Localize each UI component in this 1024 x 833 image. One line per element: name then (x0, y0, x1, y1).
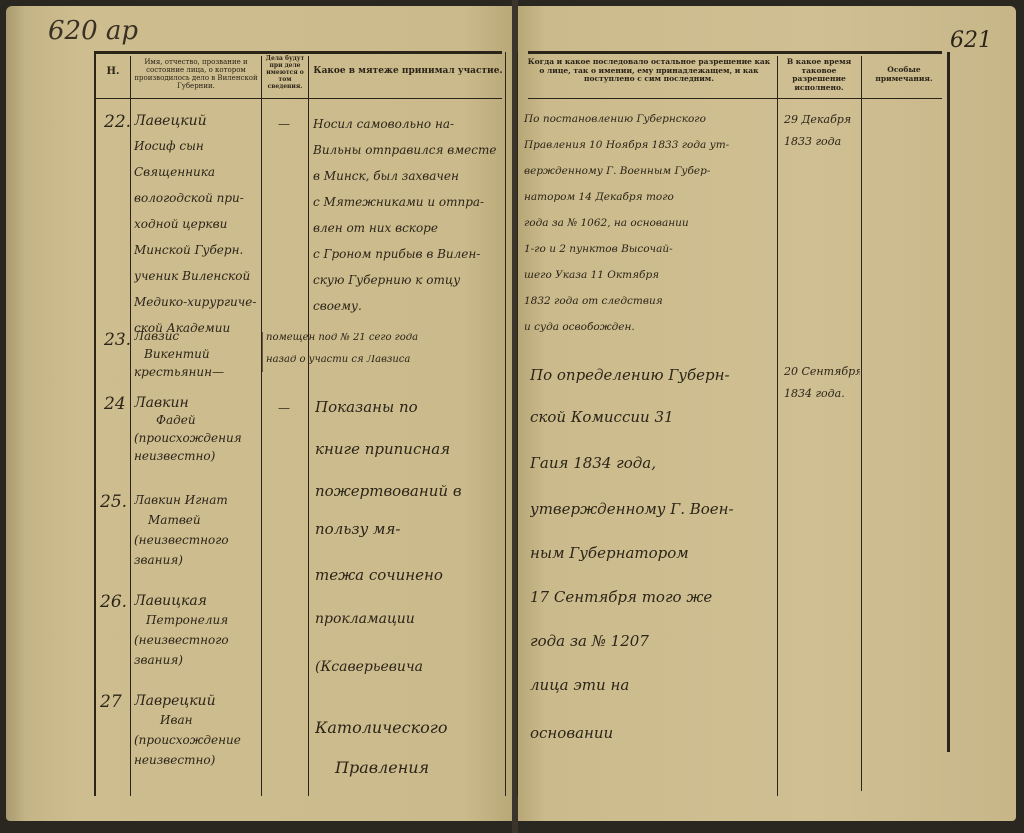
name-line: (неизвестного (134, 634, 260, 654)
header-name: Имя, отчество, прозвание и состояние лиц… (133, 58, 259, 90)
name-line: Лаврецкий (134, 694, 260, 714)
name-line: Лавецкий (134, 114, 260, 140)
row-number: 22. (104, 112, 131, 132)
header-number: Н. (96, 66, 130, 78)
right-header-bottom-rule (528, 98, 942, 99)
row-executed: 20 Сентября 1834 года. (784, 366, 860, 414)
name-line: Фадей (134, 414, 260, 432)
resolution-line: вержденному Г. Военным Губер- (524, 166, 776, 192)
left-col-border-2 (261, 56, 262, 796)
executed-line: 29 Декабря (784, 114, 860, 136)
row-number: 27 (100, 692, 122, 712)
participation-line: прокламации (315, 612, 505, 636)
right-col-border-1 (777, 56, 778, 796)
left-col-border-0 (94, 52, 96, 796)
row-executed: 29 Декабря 1833 года (784, 114, 860, 162)
name-line: Матвей (134, 514, 260, 534)
name-line: Викентий (134, 348, 260, 366)
resolution-line: ской Комиссии 31 (530, 410, 776, 452)
resolution-line: 1-го и 2 пунктов Высочай- (524, 244, 776, 270)
resolution-line: 17 Сентября того же (530, 590, 776, 634)
name-line: Иван (134, 714, 260, 734)
row-name: Лавзис Викентий крестьянин— (134, 330, 260, 384)
row-name: Лавицкая Петронелия (неизвестного звания… (134, 594, 260, 674)
row-participation: прокламации (Ксаверьевича (315, 612, 505, 684)
left-col-border-1 (130, 56, 131, 796)
name-line: Лавкин (134, 396, 260, 414)
participation-line: Носил самовольно на- (313, 118, 503, 144)
executed-line: 1833 года (784, 136, 860, 162)
participation-line: Католического (315, 720, 505, 760)
participation-line: Правления (315, 760, 505, 800)
row-participation: Носил самовольно на- Вильны отправился в… (313, 118, 503, 326)
name-line: Медико-хирургиче- (134, 296, 260, 322)
resolution-line: ным Губернатором (530, 546, 776, 590)
left-header-bottom-rule (94, 98, 502, 99)
header-notes: Особые примечания. (863, 66, 945, 83)
right-col-border-2 (861, 56, 862, 791)
participation-line (315, 680, 505, 720)
name-line: Иосиф сын (134, 140, 260, 166)
row-name: Лаврецкий Иван (происхождение неизвестно… (134, 694, 260, 774)
name-line: (происхождение (134, 734, 260, 754)
participation-line (315, 636, 505, 660)
name-line: (неизвестного (134, 534, 260, 554)
executed-line: 1834 года. (784, 388, 860, 414)
participation-line: Показаны по (315, 400, 505, 442)
name-line: (происхождения (134, 432, 260, 450)
header-executed: В какое время таковое разрешение исполне… (779, 58, 859, 93)
header-resolution: Когда и какое последовало остальное разр… (524, 58, 774, 84)
row-resolution: По постановлению Губернского Правления 1… (524, 114, 776, 348)
participation-line: пожертвований в (315, 484, 505, 526)
header-case-status: Дела будут при деле имеются о том сведен… (263, 56, 307, 90)
resolution-line: утвержденному Г. Воен- (530, 502, 776, 546)
participation-line: с Мятежниками и отпра- (313, 196, 503, 222)
resolution-line: основании (530, 726, 776, 766)
participation-line: влен от них вскоре (313, 222, 503, 248)
left-header-top-rule (94, 51, 502, 54)
row-number: 23. (104, 330, 131, 350)
name-line: неизвестно) (134, 450, 260, 468)
header-participation: Какое в мятеже принимал участие. (312, 66, 504, 76)
resolution-line: года за № 1207 (530, 634, 776, 678)
participation-line: с Гроном прибыв в Вилен- (313, 248, 503, 274)
resolution-line: и суда освобожден. (524, 322, 776, 348)
row-participation: пользу мя- тежа сочинено (315, 522, 505, 614)
right-header-top-rule (528, 51, 942, 54)
participation-line: в Минск, был захвачен (313, 170, 503, 196)
resolution-line: года за № 1062, на основании (524, 218, 776, 244)
left-page-number: 620 ap (48, 16, 138, 46)
name-line: Лавзис (134, 330, 260, 348)
resolution-line: По определению Губерн- (530, 368, 776, 410)
left-col-border-4 (505, 52, 506, 796)
name-line: ходной церкви (134, 218, 260, 244)
row-participation: Католического Правления (315, 680, 505, 800)
resolution-line: шего Указа 11 Октября (524, 270, 776, 296)
row-participation: Показаны по книге приписная пожертвовани… (315, 400, 505, 526)
name-line: Священника (134, 166, 260, 192)
name-line: звания) (134, 654, 260, 674)
participation-line: своему. (313, 300, 503, 326)
participation-line: тежа сочинено (315, 568, 505, 614)
right-col-border-3 (947, 52, 950, 752)
row-number: 25. (100, 492, 127, 512)
right-col-border-0 (517, 52, 518, 796)
resolution-line: натором 14 Декабря того (524, 192, 776, 218)
name-line: Минской Губерн. (134, 244, 260, 270)
name-line: звания) (134, 554, 260, 574)
name-line: вологодской при- (134, 192, 260, 218)
row-case-status: — (278, 118, 290, 130)
participation-line: книге приписная (315, 442, 505, 484)
row-resolution: По определению Губерн- ской Комиссии 31 … (530, 368, 776, 766)
participation-line: скую Губернию к отцу (313, 274, 503, 300)
resolution-line: 1832 года от следствия (524, 296, 776, 322)
participation-line: Вильны отправился вместе (313, 144, 503, 170)
resolution-line: лица эти на (530, 678, 776, 726)
row-name: Лавкин Игнат Матвей (неизвестного звания… (134, 494, 260, 574)
row-number: 26. (100, 592, 127, 612)
name-line: Лавкин Игнат (134, 494, 260, 514)
name-line: неизвестно) (134, 754, 260, 774)
right-page-number: 621 (950, 28, 992, 53)
name-line: ученик Виленской (134, 270, 260, 296)
participation-line: помещен под № 21 сего года (266, 333, 506, 355)
participation-line: назад о участи ся Лавзиса (266, 355, 506, 377)
row-name: Лавкин Фадей (происхождения неизвестно) (134, 396, 260, 468)
resolution-line: Гаия 1834 года, (530, 456, 776, 502)
row-name: Лавецкий Иосиф сын Священника вологодско… (134, 114, 260, 348)
row-number: 24 (104, 394, 126, 414)
name-line: крестьянин— (134, 366, 260, 384)
row-participation: помещен под № 21 сего года назад о участ… (266, 333, 506, 377)
resolution-line: По постановлению Губернского (524, 114, 776, 140)
bracket-note-border (262, 332, 263, 372)
row-case-status: — (278, 402, 290, 414)
left-col-border-3 (308, 56, 309, 796)
name-line: Петронелия (134, 614, 260, 634)
participation-line: пользу мя- (315, 522, 505, 568)
executed-line: 20 Сентября (784, 366, 860, 388)
resolution-line: Правления 10 Ноября 1833 года ут- (524, 140, 776, 166)
name-line: Лавицкая (134, 594, 260, 614)
